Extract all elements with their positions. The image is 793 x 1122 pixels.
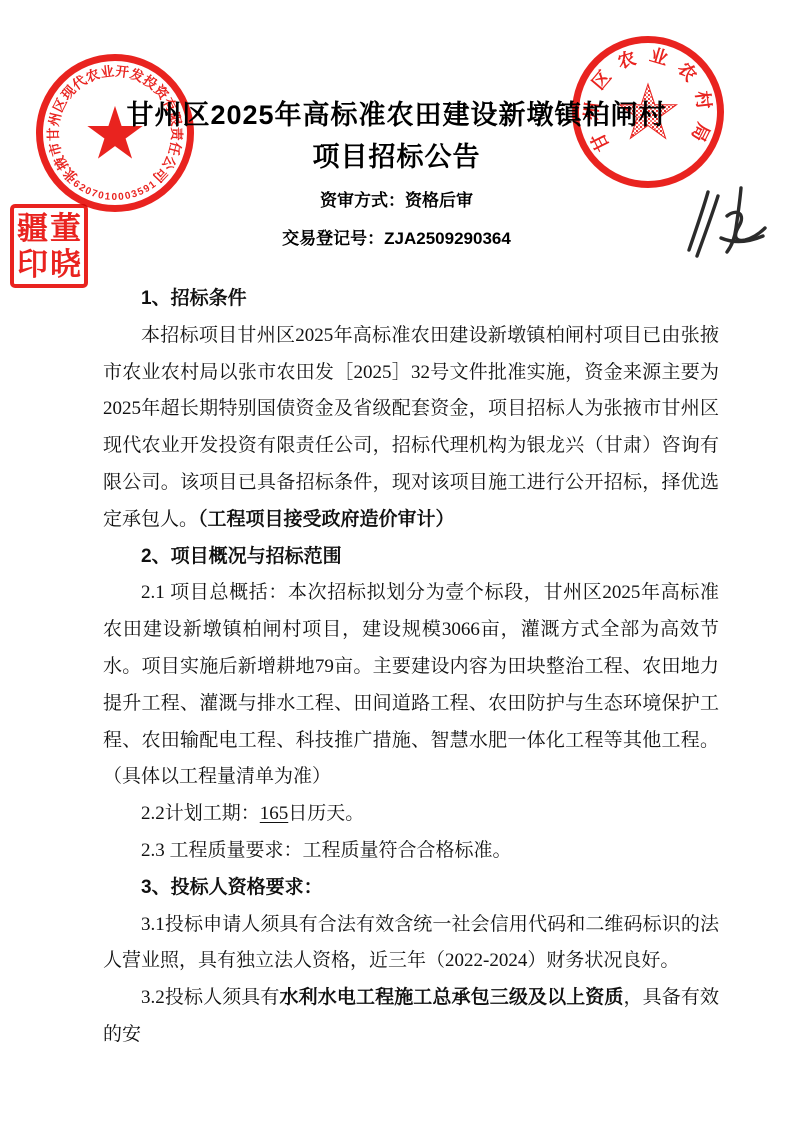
seal-char: 疆: [17, 213, 48, 244]
paragraph: 1、招标条件: [103, 281, 719, 318]
body-paragraphs: 1、招标条件本招标项目甘州区2025年高标准农田建设新墩镇柏闸村项目已由张掖市农…: [103, 281, 719, 1054]
star-icon: [620, 84, 677, 138]
paragraph: 3.2投标人须具有水利水电工程施工总承包三级及以上资质，具备有效的安: [103, 980, 719, 1054]
text-segment: 3.2投标人须具有: [141, 987, 280, 1008]
text-segment: 165: [260, 803, 289, 824]
bureau-round-seal: 甘州区农业农村局: [569, 33, 727, 191]
seal-char: 印: [17, 249, 48, 280]
text-segment: 3、投标人资格要求：: [141, 877, 323, 898]
text-segment: 2.1 项目总概括：本次招标拟划分为壹个标段，甘州区2025年高标准农田建设新墩…: [103, 582, 719, 787]
text-segment: 日历天。: [288, 803, 364, 824]
paragraph: 2.1 项目总概括：本次招标拟划分为壹个标段，甘州区2025年高标准农田建设新墩…: [103, 575, 719, 796]
paragraph: 2、项目概况与招标范围: [103, 539, 719, 576]
text-segment: 2.3 工程质量要求：工程质量符合合格标准。: [141, 840, 512, 861]
company-round-seal: 张掖市甘州区现代农业开发投资有限责任公司 6207010003591: [33, 51, 197, 215]
handwritten-signature-icon: [683, 186, 769, 266]
personal-name-seal: 疆 董 印 晓: [10, 204, 88, 288]
text-segment: 2、项目概况与招标范围: [141, 546, 342, 567]
seal-char: 董: [50, 213, 81, 244]
paragraph: 3.1投标申请人须具有合法有效含统一社会信用代码和二维码标识的法人营业照，具有独…: [103, 907, 719, 981]
text-segment: 1、招标条件: [141, 288, 247, 309]
paragraph: 3、投标人资格要求：: [103, 870, 719, 907]
text-segment: （工程项目接受政府造价审计）: [198, 509, 455, 530]
tender-announcement-page: 甘州区2025年高标准农田建设新墩镇柏闸村 项目招标公告 资审方式：资格后审 交…: [0, 0, 793, 1122]
seal-char: 晓: [50, 249, 81, 280]
paragraph: 本招标项目甘州区2025年高标准农田建设新墩镇柏闸村项目已由张掖市农业农村局以张…: [103, 318, 719, 539]
registration-number-line: 交易登记号：ZJA2509290364: [0, 227, 793, 251]
text-segment: 水利水电工程施工总承包三级及以上资质: [280, 987, 624, 1008]
text-segment: 本招标项目甘州区2025年高标准农田建设新墩镇柏闸村项目已由张掖市农业农村局以张…: [103, 325, 719, 530]
paragraph: 2.3 工程质量要求：工程质量符合合格标准。: [103, 833, 719, 870]
paragraph: 2.2计划工期：165日历天。: [103, 796, 719, 833]
text-segment: 2.2计划工期：: [141, 803, 260, 824]
star-icon: [87, 106, 142, 159]
text-segment: 3.1投标申请人须具有合法有效含统一社会信用代码和二维码标识的法人营业照，具有独…: [103, 914, 719, 972]
